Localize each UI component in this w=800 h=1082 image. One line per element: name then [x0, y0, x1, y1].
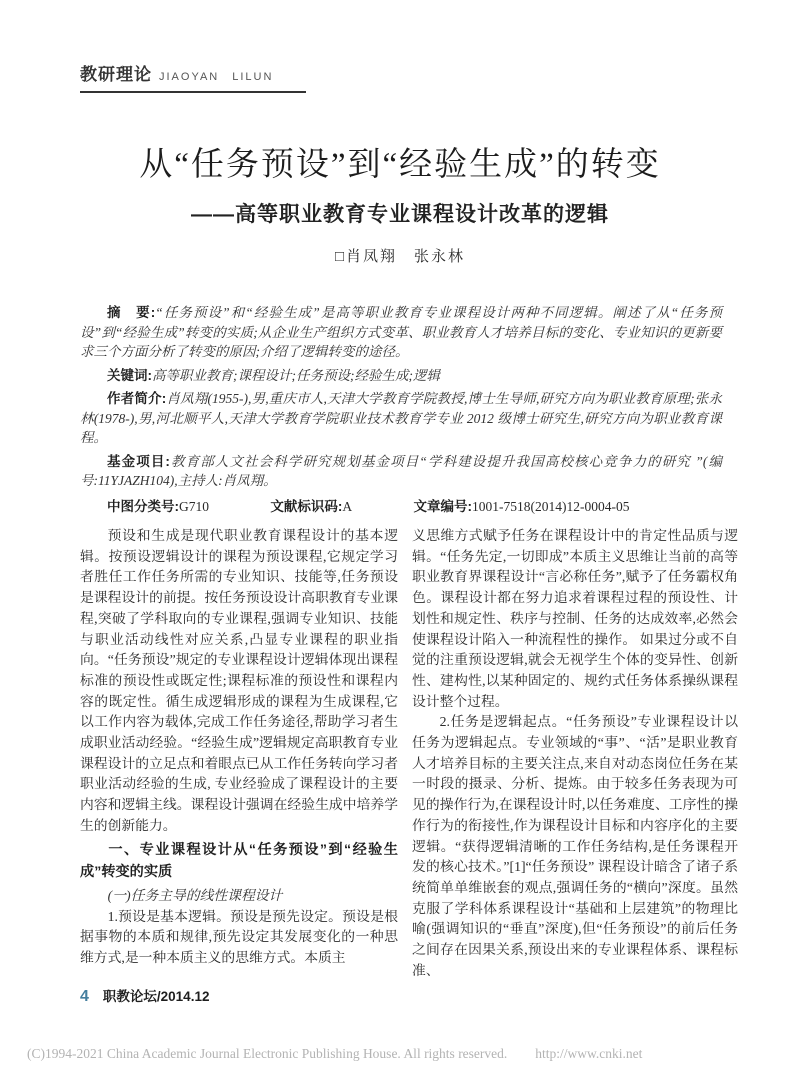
abstract-text: “任务预设”和“经验生成”是高等职业教育专业课程设计两种不同逻辑。阐述了从“任务… [80, 305, 722, 359]
author-bio-paragraph: 作者简介:肖凤翔(1955-),男,重庆市人,天津大学教育学院教授,博士生导师,… [80, 389, 722, 448]
keywords-text: 高等职业教育;课程设计;任务预设;经验生成;逻辑 [152, 368, 440, 383]
funding-paragraph: 基金项目:教育部人文社会科学研究规划基金项目“学科建设提升我国高校核心竞争力的研… [80, 452, 722, 491]
subsection-heading-1-1: (一)任务主导的线性课程设计 [80, 885, 398, 907]
article-id-value: 1001-7518(2014)12-0004-05 [472, 499, 629, 514]
body-column-right: 义思维方式赋予任务在课程设计中的肯定性品质与逻辑。“任务先定,一切即成”本质主义… [412, 526, 738, 981]
journal-section-header: 教研理论JIAOYAN LILUN [80, 60, 273, 85]
author-bio-text: 肖凤翔(1955-),男,重庆市人,天津大学教育学院教授,博士生导师,研究方向为… [80, 391, 722, 445]
paragraph-point-1: 1.预设是基本逻辑。预设是预先设定。预设是根据事物的本质和规律,预先设定其发展变… [80, 907, 398, 969]
article-meta: 摘 要:“任务预设”和“经验生成”是高等职业教育专业课程设计两种不同逻辑。阐述了… [80, 303, 722, 516]
body-column-left: 预设和生成是现代职业教育课程设计的基本逻辑。按预设逻辑设计的课程为预设课程,它规… [80, 526, 398, 969]
clc-label: 中图分类号: [107, 499, 179, 514]
copyright-text: (C)1994-2021 China Academic Journal Elec… [27, 1046, 507, 1061]
copyright-line: (C)1994-2021 China Academic Journal Elec… [27, 1046, 642, 1062]
keywords-paragraph: 关键词:高等职业教育;课程设计;任务预设;经验生成;逻辑 [80, 366, 722, 386]
section-heading-1: 一、专业课程设计从“任务预设”到“经验生成”转变的实质 [80, 839, 398, 883]
article-authors: □肖凤翔 张永林 [0, 245, 800, 266]
paper-page: 教研理论JIAOYAN LILUN 从“任务预设”到“经验生成”的转变 ——高等… [0, 0, 800, 1082]
funding-text: 教育部人文社会科学研究规划基金项目“学科建设提升我国高校核心竞争力的研究 ”(编… [80, 454, 722, 489]
header-divider-line [80, 91, 306, 93]
funding-label: 基金项目: [107, 454, 170, 469]
abstract-label: 摘 要: [107, 305, 155, 320]
paragraph-intro: 预设和生成是现代职业教育课程设计的基本逻辑。按预设逻辑设计的课程为预设课程,它规… [80, 526, 398, 837]
keywords-label: 关键词: [107, 368, 152, 383]
paragraph-point-2: 2.任务是逻辑起点。“任务预设”专业课程设计以任务为逻辑起点。专业领域的“事”、… [412, 712, 738, 981]
doc-code-value: A [342, 499, 352, 514]
page-footer: 4职教论坛/2014.12 [80, 985, 209, 1006]
article-title: 从“任务预设”到“经验生成”的转变 [0, 138, 800, 185]
copyright-url: http://www.cnki.net [535, 1046, 642, 1061]
page-number: 4 [80, 988, 89, 1005]
paragraph-point-1-continued: 义思维方式赋予任务在课程设计中的肯定性品质与逻辑。“任务先定,一切即成”本质主义… [412, 526, 738, 712]
article-subtitle: ——高等职业教育专业课程设计改革的逻辑 [0, 198, 800, 228]
journal-issue: 职教论坛/2014.12 [103, 989, 210, 1004]
section-title-pinyin: JIAOYAN LILUN [159, 71, 273, 83]
section-title-cn: 教研理论 [80, 65, 152, 84]
author-bio-label: 作者简介: [107, 391, 166, 406]
doc-code-label: 文献标识码: [270, 499, 342, 514]
classification-row: 中图分类号:G710 文献标识码:A 文章编号:1001-7518(2014)1… [80, 497, 722, 517]
clc-value: G710 [179, 499, 209, 514]
article-id-item: 文章编号:1001-7518(2014)12-0004-05 [414, 499, 630, 514]
clc-item: 中图分类号:G710 [107, 499, 209, 514]
abstract-paragraph: 摘 要:“任务预设”和“经验生成”是高等职业教育专业课程设计两种不同逻辑。阐述了… [80, 303, 722, 362]
article-id-label: 文章编号: [414, 499, 473, 514]
doc-code-item: 文献标识码:A [270, 499, 352, 514]
